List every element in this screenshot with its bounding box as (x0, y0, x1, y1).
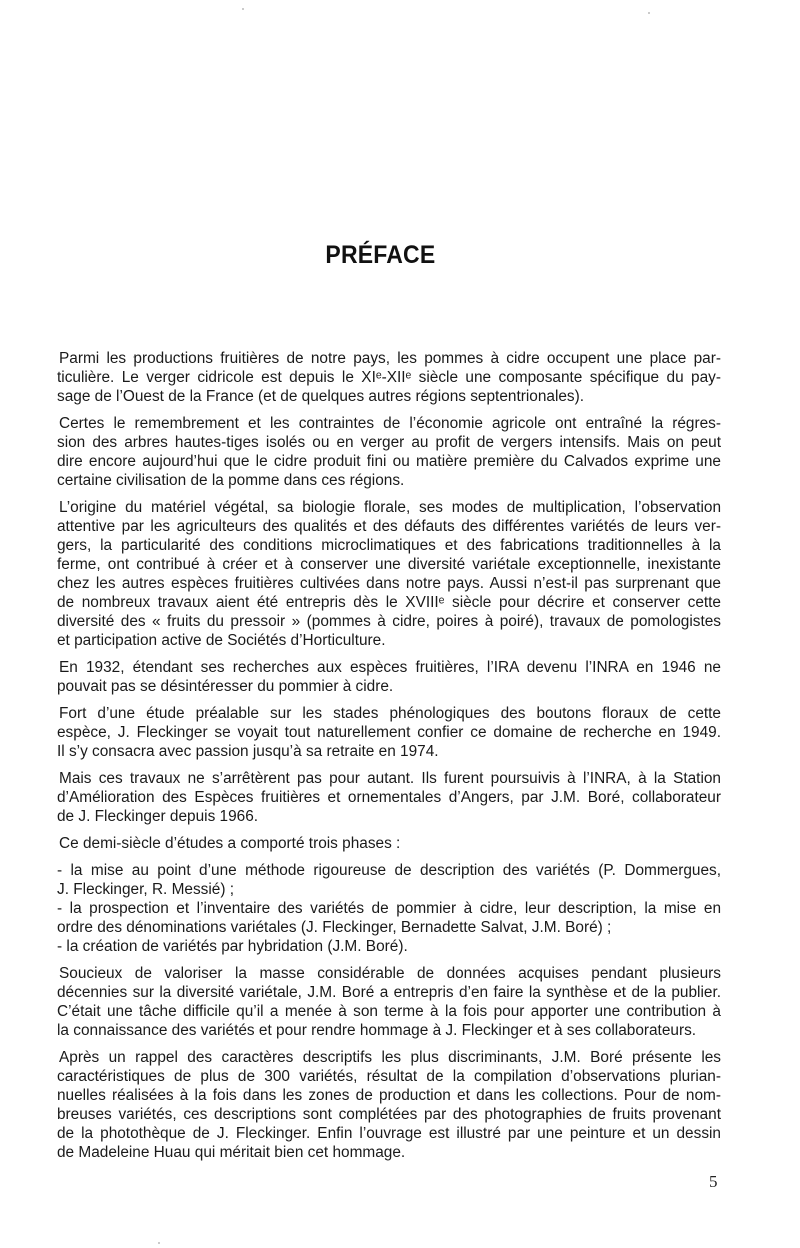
text-line: nuelles réalisées à la fois dans les zon… (57, 1086, 721, 1105)
page-title: PRÉFACE (31, 241, 730, 270)
text-line: sion des arbres hautes-tiges isolés ou e… (57, 433, 721, 452)
paragraph: Mais ces travaux ne s’arrêtèrent pas pou… (57, 769, 721, 826)
text-line: L’origine du matériel végétal, sa biolog… (57, 498, 721, 517)
paragraph: En 1932, étendant ses recherches aux esp… (57, 658, 721, 696)
text-line: attentive par les agriculteurs des quali… (57, 517, 721, 536)
text-line: d’Amélioration des Espèces fruitières et… (57, 788, 721, 807)
text-line: Après un rappel des caractères descripti… (57, 1048, 721, 1067)
paragraph: Soucieux de valoriser la masse considéra… (57, 964, 721, 1040)
text-line: pouvait pas se désintéresser du pommier … (57, 677, 721, 696)
text-line: de Madeleine Huau qui méritait bien cet … (57, 1143, 721, 1162)
text-line: dire encore aujourd’hui que le cidre pro… (57, 452, 721, 471)
text-line: certaine civilisation de la pomme dans c… (57, 471, 721, 490)
paragraph: L’origine du matériel végétal, sa biolog… (57, 498, 721, 650)
text-line: breuses variétés, ces descriptions sont … (57, 1105, 721, 1124)
text-line: de la photothèque de J. Fleckinger. Enfi… (57, 1124, 721, 1143)
text-line: J. Fleckinger, R. Messié) ; (57, 880, 721, 899)
text-line: ticulière. Le verger cidricole est depui… (57, 368, 721, 387)
text-line: la connaissance des variétés et pour ren… (57, 1021, 721, 1040)
paragraph: Ce demi-siècle d’études a comporté trois… (57, 834, 721, 853)
scan-speck (242, 8, 244, 10)
text-line: gers, la particularité des conditions mi… (57, 536, 721, 555)
text-line: décennies sur la diversité variétale, J.… (57, 983, 721, 1002)
text-line: espèce, J. Fleckinger se voyait tout nat… (57, 723, 721, 742)
list-item: - la prospection et l’inventaire des var… (57, 899, 721, 937)
paragraph: Fort d’une étude préalable sur les stade… (57, 704, 721, 761)
text-line: ordre des dénominations variétales (J. F… (57, 918, 721, 937)
text-line: chez les autres espèces fruitières culti… (57, 574, 721, 593)
text-line: Soucieux de valoriser la masse considéra… (57, 964, 721, 983)
list-item: - la création de variétés par hybridatio… (57, 937, 721, 956)
text-line: Certes le remembrement et les contrainte… (57, 414, 721, 433)
text-line: - la prospection et l’inventaire des var… (57, 899, 721, 918)
phases-list: - la mise au point d’une méthode rigoure… (57, 861, 721, 956)
document-page: PRÉFACE Parmi les productions fruitières… (0, 0, 800, 1248)
scan-speck (158, 1242, 160, 1244)
text-line: de nombreux travaux aient été entrepris … (57, 593, 721, 612)
text-line: Mais ces travaux ne s’arrêtèrent pas pou… (57, 769, 721, 788)
paragraph: Parmi les productions fruitières de notr… (57, 349, 721, 406)
text-line: ferme, ont contribué à créer et à conser… (57, 555, 721, 574)
list-item: - la mise au point d’une méthode rigoure… (57, 861, 721, 899)
text-line: et participation active de Sociétés d’Ho… (57, 631, 721, 650)
text-line: En 1932, étendant ses recherches aux esp… (57, 658, 721, 677)
text-line: diversité des « fruits du pressoir » (po… (57, 612, 721, 631)
preface-body: Parmi les productions fruitières de notr… (57, 349, 721, 1170)
scan-speck (648, 12, 650, 14)
text-line: - la mise au point d’une méthode rigoure… (57, 861, 721, 880)
text-line: sage de l’Ouest de la France (et de quel… (57, 387, 721, 406)
text-line: Il s’y consacra avec passion jusqu’à sa … (57, 742, 721, 761)
paragraph: Certes le remembrement et les contrainte… (57, 414, 721, 490)
text-line: Parmi les productions fruitières de notr… (57, 349, 721, 368)
text-line: caractéristiques de plus de 300 variétés… (57, 1067, 721, 1086)
text-line: C’était une tâche difficile qu’il a mené… (57, 1002, 721, 1021)
text-line: de J. Fleckinger depuis 1966. (57, 807, 721, 826)
page-number: 5 (709, 1172, 718, 1192)
text-line: Fort d’une étude préalable sur les stade… (57, 704, 721, 723)
text-line: - la création de variétés par hybridatio… (57, 937, 721, 956)
paragraph: Après un rappel des caractères descripti… (57, 1048, 721, 1162)
text-line: Ce demi-siècle d’études a comporté trois… (57, 834, 721, 853)
